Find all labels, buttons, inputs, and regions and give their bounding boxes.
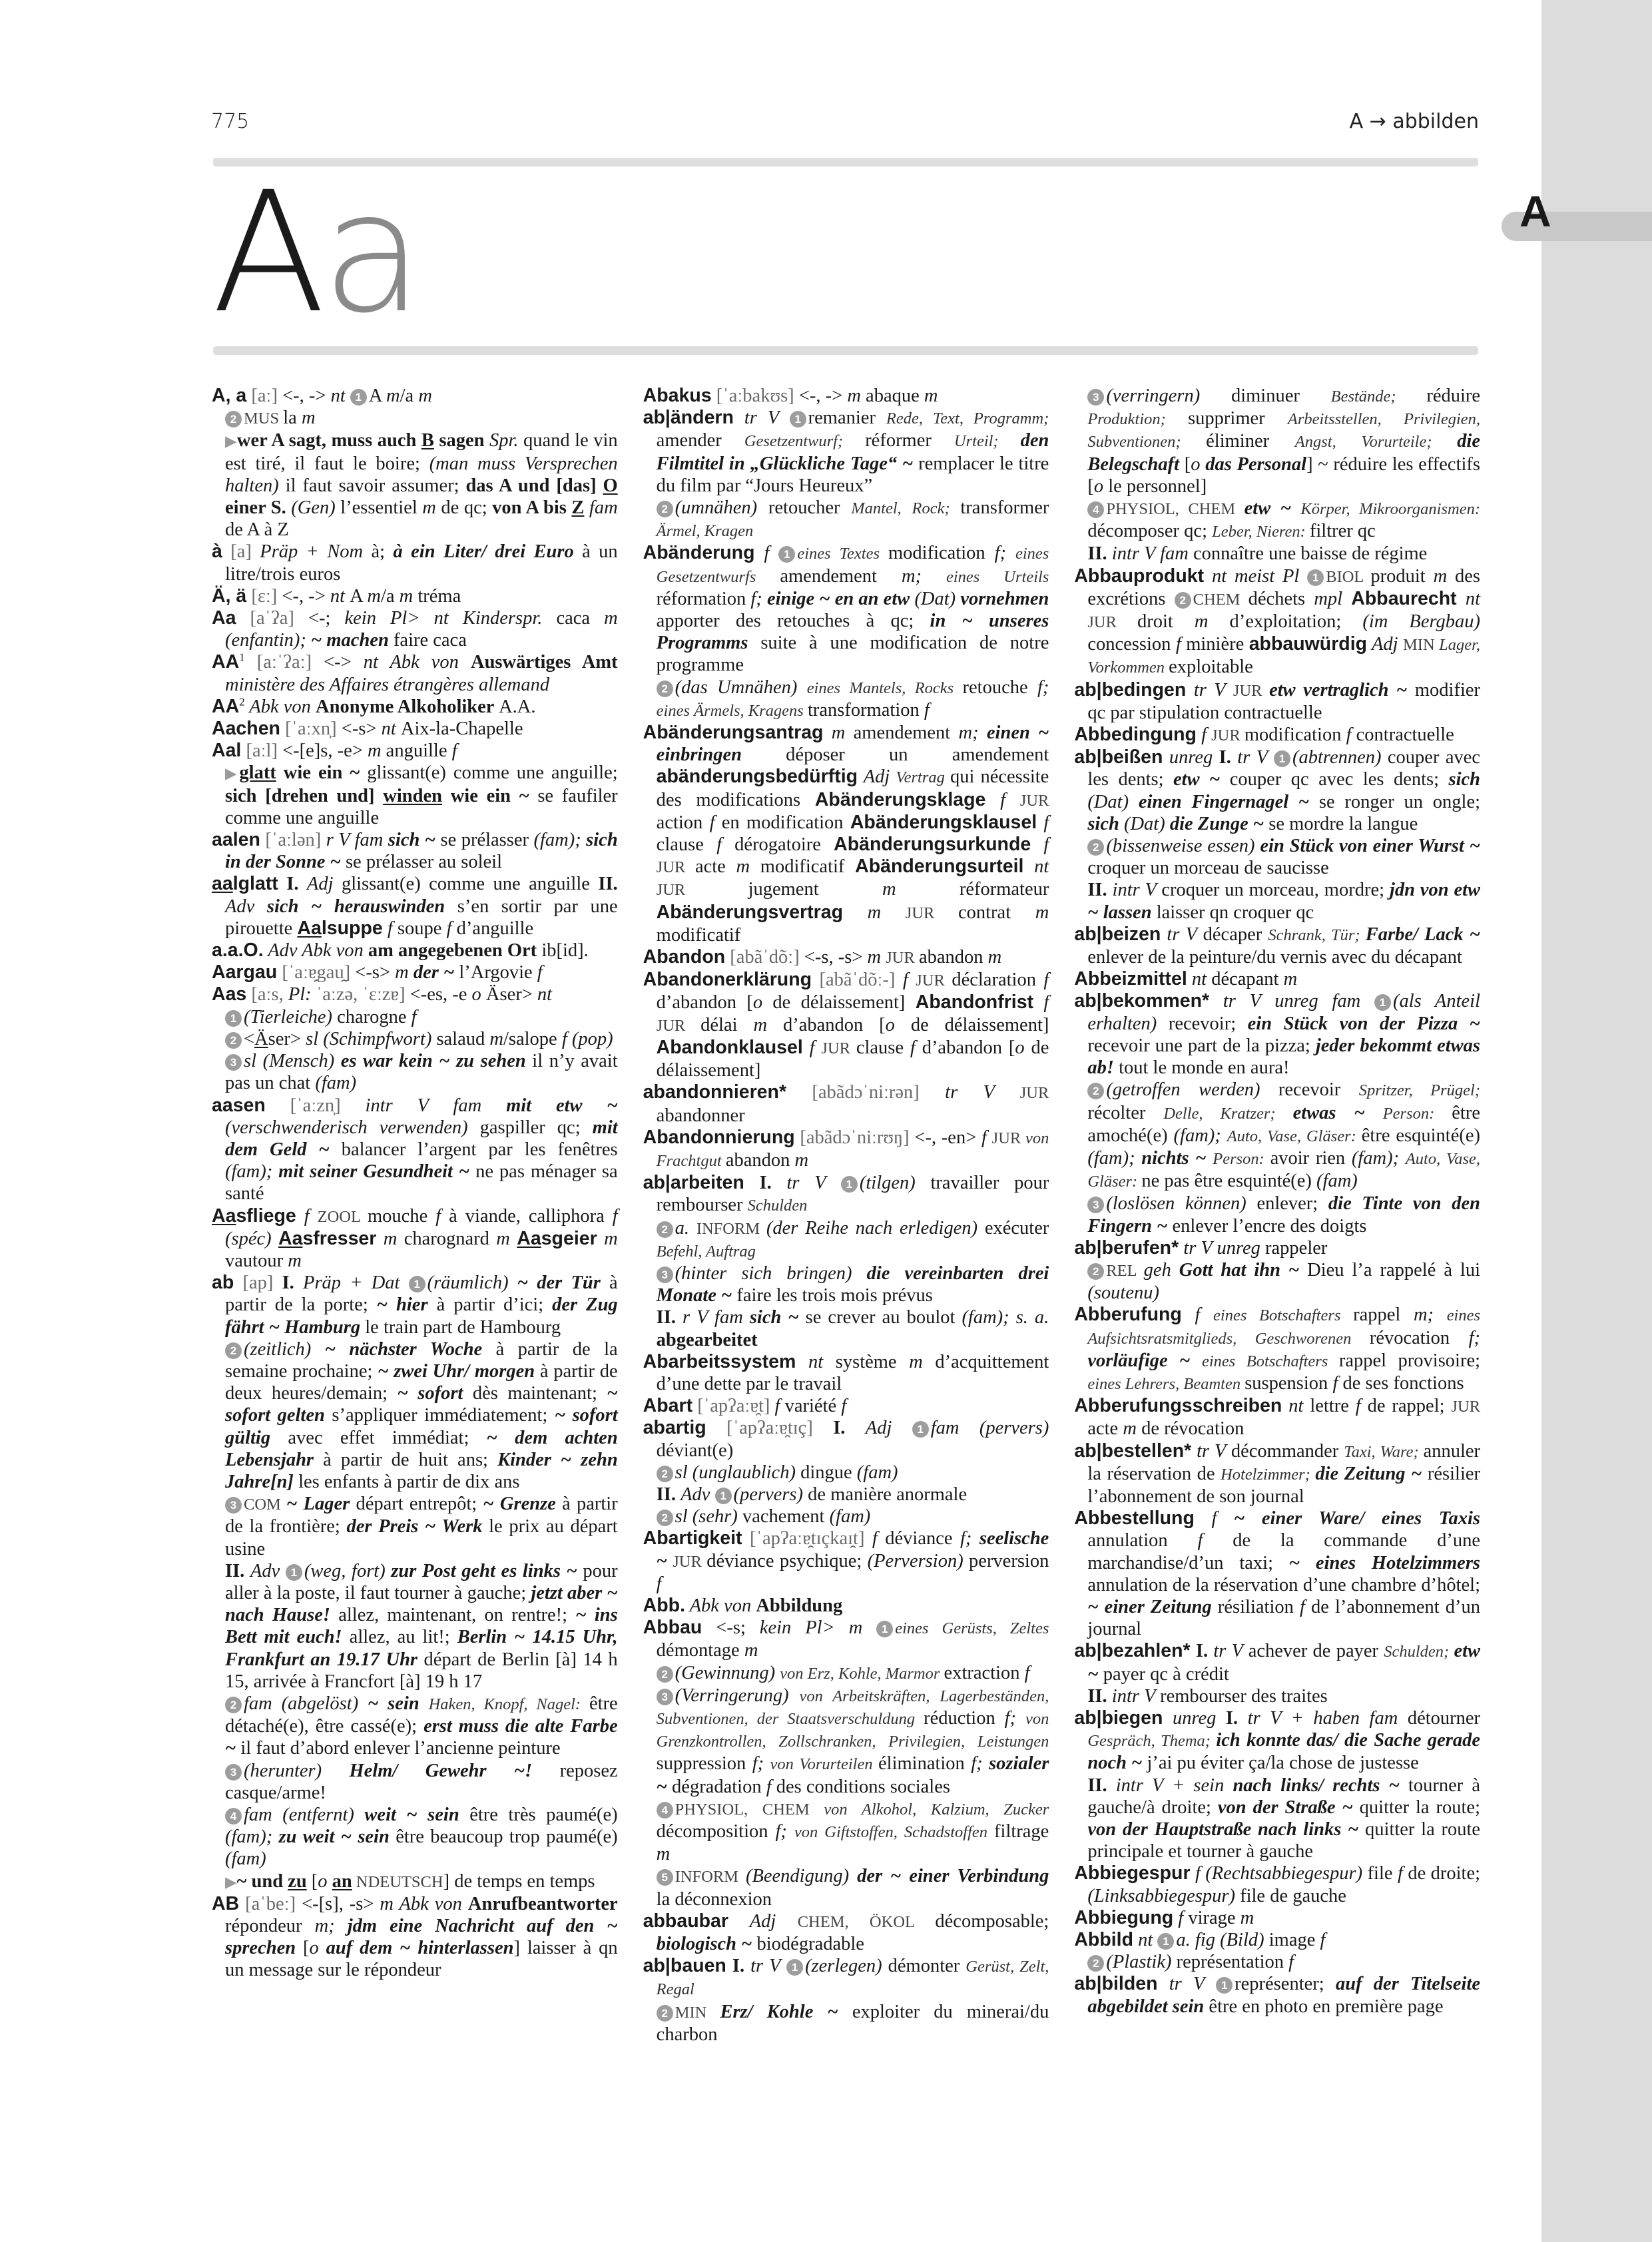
dictionary-sense: 2<Äser> sl (Schimpfwort) salaud m/salope… [212,1028,618,1050]
dictionary-sense: 5INFORM (Beendigung) der ~ einer Verbind… [643,1865,1049,1910]
entry-text: être esquinté(e) [1362,1125,1480,1146]
entry-text: I. [833,1418,866,1438]
dictionary-entry: Abberufung f eines Botschafters rappel m… [1074,1304,1480,1395]
entry-text: II. [1087,543,1111,564]
entry-text: <-> [324,652,364,673]
dictionary-entry: à [a] Präp + Nom à; à ein Liter/ drei Eu… [212,541,618,585]
entry-text: II. [598,874,617,894]
phonetic: [ɛː] [246,586,282,607]
sense-number-badge: 2 [657,681,673,697]
dictionary-sense: ▶wer A sagt, muss auch B sagen Spr. quan… [212,429,618,541]
entry-text: perversion [969,1551,1049,1571]
entry-text: laisser qn croquer qc [1157,902,1314,923]
entry-text: fam (entfernt) [244,1805,364,1825]
entry-text: I. [726,1956,750,1976]
dictionary-entry: Abbestellung f ~ einer Ware/ eines Taxis… [1074,1508,1480,1640]
entry-text: an [332,1871,352,1892]
sense-number-badge: 2 [225,1032,242,1049]
entry-text: f [775,1396,785,1416]
entry-text: Pl: [288,984,316,1005]
entry-text: il faut d’abord enlever l’ancienne peint… [240,1738,560,1759]
page-number: 775 [211,110,249,133]
entry-text: Helm/ Gewehr ~! [350,1761,560,1781]
phonetic: [a] [222,541,260,562]
entry-text: m [367,586,381,607]
entry-text: mit etw ~ [506,1095,618,1116]
dictionary-entry: ab|biegen unreg I. tr V + haben fam déto… [1074,1707,1480,1775]
entry-text: f; [752,1753,770,1774]
entry-text: [ [1185,454,1191,475]
entry-text: r V fam [683,1307,750,1328]
entry-text: amendement [780,566,902,587]
entry-text: m [657,1844,671,1864]
entry-text: f [1300,1597,1311,1617]
entry-text: tr V + haben fam [1248,1708,1408,1729]
dictionary-sense: 2sl (sehr) vachement (fam) [643,1506,1049,1528]
entry-text: f [1288,1952,1294,1972]
entry-text: tout le monde en aura! [1119,1057,1289,1078]
sense-number-badge: 2 [657,1666,673,1683]
entry-text: Erz/ Kohle ~ [720,2002,852,2022]
entry-text: m [1195,611,1230,632]
entry-text: supprimer [1188,408,1288,429]
sense-number-badge: 1 [841,1176,858,1193]
headword: Aargau [212,962,277,983]
domain-label: JUR [673,1553,706,1571]
sense-number-badge: 1 [1157,1933,1174,1950]
entry-text: sl (unglaublich) [675,1462,800,1483]
entry-text: dérogatoire [734,834,834,855]
section-letter-heading: Aa [212,166,419,340]
dictionary-sense: 4fam (entfernt) weit ~ sein être très pa… [212,1804,618,1870]
dictionary-entry: abbaubar Adj CHEM, ÖKOL décomposable; bi… [643,1910,1049,1955]
entry-text: amendement [854,722,959,743]
entry-text: m [1123,1418,1141,1439]
domain-label: JUR [657,881,748,899]
entry-text: enlever; [1256,1193,1328,1214]
entry-text: réduction [924,1708,1005,1729]
dictionary-entry: Abarbeitssystem nt système m d’acquittem… [643,1351,1049,1395]
headword: Abandonfrist [916,991,1033,1013]
entry-text: m [847,386,866,406]
dictionary-entry: Abänderungsantrag m amendement m; einen … [643,722,1049,946]
entry-text: biologisch ~ [657,1934,757,1954]
entry-text: I. [282,1272,303,1293]
headword: ab [212,1272,234,1293]
entry-text: Präp + Dat [303,1272,409,1293]
dictionary-entry: Abandonerklärung [abãˈdõː-] f JUR déclar… [643,969,1049,1081]
headword: Aa [212,1205,236,1227]
entry-text: acte [695,856,736,877]
entry-text: Auswärtiges Amt [471,652,618,673]
dictionary-entry: ab|bedingen tr V JUR etw vertraglich ~ m… [1074,679,1480,724]
entry-text: charogne [337,1007,412,1027]
entry-text: nichts ~ [1141,1148,1213,1169]
entry-text: vautour [225,1251,288,1271]
entry-text: f; [971,1753,989,1774]
entry-text: révocation [1370,1328,1469,1348]
entry-text: winden [383,786,442,806]
entry-text: B [421,430,434,451]
entry-text: wer A sagt, muss auch [237,430,421,451]
entry-text: (zerlegen) [805,1956,888,1976]
entry-text: réformateur [960,879,1049,900]
entry-text: f [1033,992,1049,1013]
entry-text: m [744,1640,758,1661]
entry-text: Adj [728,1911,798,1932]
entry-text: glissant(e) comme une anguille [342,874,598,894]
headword: Aa [517,1228,541,1249]
entry-text: f [1043,970,1049,990]
entry-text: recevoir; [1169,1013,1248,1034]
sense-number-badge: 4 [225,1808,242,1824]
entry-text: (abtrennen) [1292,747,1388,768]
entry-text: croquer un morceau, mordre; [1161,880,1390,900]
entry-text: diminuer [1231,386,1331,406]
dictionary-sense: 3(hinter sich bringen) die vereinbarten … [643,1262,1049,1306]
entry-text: f; [960,1528,979,1549]
entry-text: f [412,1007,417,1027]
headword: abbaubar [643,1910,728,1932]
entry-text: d’exploitation; [1230,611,1363,632]
entry-text: I. [1226,1708,1248,1729]
headword: sgeier [541,1228,597,1249]
dictionary-sense: II. r V fam sich ~ se crever au boulot (… [643,1306,1049,1350]
entry-text: (fam); [225,1826,279,1847]
dictionary-entry: abartig [ˈapʔaːɐ̯tɪç] I. Adj 1fam (perve… [643,1417,1049,1461]
entry-text: f; [775,1821,794,1842]
entry-text: f [981,1127,992,1148]
entry-text: zur Post geht es links ~ [391,1561,583,1581]
entry-text: (Dat) [1087,792,1138,812]
entry-text: Ärmel, Kragen [657,522,754,540]
dictionary-entry: Abart [ˈapʔaːɐ̯t] f variété f [643,1395,1049,1417]
entry-text: Abk von [245,697,316,717]
entry-text: fam (abgelöst) [244,1693,368,1714]
entry-text: remanier [808,408,886,428]
entry-text: ein Stück von der Pizza ~ [1248,1013,1480,1034]
entry-text: suppression [657,1753,752,1774]
entry-text: f; [995,543,1015,563]
dictionary-entry: Abbiegespur f (Rechtsabbiegespur) file f… [1074,1862,1480,1906]
entry-text: etw ~ [1244,498,1301,519]
dictionary-entry: Abbild nt 1a. fig (Bild) image f [1074,1929,1480,1951]
entry-text: m [395,962,413,983]
headword: Abbau [643,1617,702,1638]
entry-text: de délaissement] [911,1015,1049,1035]
idiom-triangle-icon: ▶ [225,433,237,449]
entry-text: j’ai pu éviter ça/la chose de justesse [1147,1753,1418,1773]
sense-number-badge: 4 [657,1802,673,1819]
headword: Abandonklausel [657,1037,803,1058]
entry-text: I. [1219,747,1238,768]
entry-text: transformation [808,700,924,720]
entry-text: virage [1188,1908,1240,1928]
dictionary-sense: 2a. INFORM (der Reihe nach erledigen) ex… [643,1217,1049,1262]
entry-text: m [368,740,386,761]
entry-text: <-, -> [282,386,331,406]
dictionary-entry: ab|bestellen* tr V décommander Taxi, War… [1074,1440,1480,1508]
domain-label: INFORM [696,1220,766,1238]
entry-text: démontage [657,1640,744,1661]
entry-text: rappel provisoire; [1339,1350,1480,1371]
entry-text: lettre [1310,1396,1355,1416]
dictionary-sense: 2(Gewinnung) von Erz, Kohle, Marmor extr… [643,1662,1049,1685]
entry-text: m [376,1229,404,1249]
entry-text: f [903,970,916,990]
entry-text: produit [1370,566,1433,587]
entry-text: von Alkohol, Kalzium, Zucker [824,1801,1049,1819]
entry-text: d’abandon [ [783,1015,886,1035]
dictionary-entry: Aachen [ˈaːxn̩] <-s> nt Aix-la-Chapelle [212,718,618,740]
entry-text: sl (Mensch) [244,1051,341,1071]
entry-text: l’essentiel [340,497,422,518]
entry-text: f [803,1037,822,1058]
entry-text: (Dat) [914,589,960,609]
entry-text: suspension [1244,1373,1332,1394]
entry-text: o [318,1871,332,1892]
domain-label: JUR [906,904,958,922]
entry-text: o [753,992,773,1013]
domain-label: PHYSIOL, CHEM [1106,500,1244,518]
sense-number-badge: 2 [1087,1083,1104,1099]
phonetic: [ˈaːɐ̯gau̯] [277,962,355,983]
entry-text: filtrage [994,1821,1049,1842]
entry-text: vornehmen [960,589,1049,609]
entry-text: II. [225,1561,250,1581]
entry-text: déviance [885,1528,960,1549]
entry-text: Dieu l’a rappelé à lui [1307,1260,1480,1280]
entry-text: contrat [958,902,1035,923]
entry-text: m [1035,902,1049,923]
entry-text: recevoir [1278,1079,1359,1100]
headword: ab|beizen [1074,924,1161,945]
entry-text: tréma [417,586,461,607]
headword: ab|arbeiten [643,1172,744,1193]
entry-text: les enfants à partir de dix ans [298,1472,519,1492]
entry-text: Person: [1213,1150,1270,1168]
entry-text: I. [1191,1641,1214,1661]
entry-text: m [924,386,938,406]
entry-text: m [823,722,853,743]
dictionary-entry: Abbau <-s; kein Pl> m 1eines Gerüsts, Ze… [643,1617,1049,1661]
entry-text: minière [1186,634,1249,655]
entry-text: m Abk von [380,1894,467,1914]
sense-number-badge: 2 [657,2005,673,2022]
entry-text: ~ und [237,1871,288,1892]
domain-label: JUR [916,972,952,989]
dictionary-sense: 2fam (abgelöst) ~ sein Haken, Knopf, Nag… [212,1693,618,1760]
entry-text: ~ hier [377,1294,437,1315]
entry-text: f [924,700,930,720]
domain-label: JUR [1233,682,1269,700]
dictionary-entry: ab|arbeiten I. tr V 1(tilgen) travailler… [643,1172,1049,1217]
headword: Abakus [643,385,712,406]
sense-number-badge: 3 [225,1497,242,1514]
entry-text: sich [1087,814,1124,834]
entry-text: <-; [308,608,345,629]
entry-text: nt Abk von [364,652,471,673]
entry-text: Adv [681,1484,714,1505]
entry-text: f [910,1037,922,1058]
sense-number-badge: 1 [1274,750,1290,767]
entry-text: nt [1457,589,1480,609]
sense-number-badge: 1 [286,1564,302,1581]
dictionary-entry: AA1 [aːˈʔaː] <-> nt Abk von Auswärtiges … [212,651,618,695]
entry-text: Abk von [685,1595,756,1616]
entry-text: m [597,1229,618,1249]
entry-text: détourner [1408,1708,1480,1729]
entry-text: Rede, Text, Programm; [886,410,1049,427]
entry-text: f [383,918,398,939]
entry-text: nt [382,718,401,739]
entry-text: f [1025,1663,1030,1683]
entry-text: <-, -> [799,386,848,406]
entry-text: tr V [750,1956,786,1976]
entry-text: Adv [250,1561,286,1581]
entry-text: contractuelle [1356,724,1454,745]
entry-text: f [1346,724,1356,745]
domain-label: JUR [1087,613,1137,631]
entry-text: m [736,856,760,877]
phonetic: [ˈapʔaːɐ̯t] [692,1396,774,1416]
entry-text: annulation [1087,1530,1197,1551]
entry-text: A.A. [499,697,535,717]
entry-text: geh [1144,1260,1179,1280]
entry-text: f [1182,1304,1213,1325]
entry-text: eines Textes [797,545,888,563]
domain-label: JUR [657,858,695,876]
entry-text: faire caca [394,630,467,651]
entry-text: réformer [865,430,954,451]
entry-text: f [872,1528,885,1549]
entry-text: Farbe/ Lack ~ [1366,924,1480,945]
headword: aalen [212,829,260,850]
entry-text: de manière anormale [808,1484,967,1505]
entry-text: sl (Schimpfwort) [306,1029,436,1049]
headword: Abb. [643,1595,685,1616]
entry-text: f [755,543,779,563]
entry-text: de A à Z [225,519,289,540]
entry-text: l’Argovie [459,962,537,983]
domain-label: JUR [1451,1398,1480,1416]
entry-text: tr V [945,1082,1020,1103]
entry-text: il faut savoir assumer; [286,475,466,496]
entry-text: mouche [368,1206,435,1227]
headword: Abberufung [1074,1304,1181,1325]
entry-text: <-[s], -s> [302,1894,380,1914]
entry-text: (weg, fort) [304,1561,391,1581]
entry-text: m [489,1029,503,1049]
entry-text: Adj [1367,634,1403,655]
entry-text: (Gewinnung) [675,1663,780,1683]
entry-text: (fam); [533,830,586,850]
entry-text: Adv [225,896,267,917]
entry-text: extraction [944,1663,1025,1683]
entry-text: Aix-la-Chapelle [401,718,523,739]
entry-text: f [841,1396,846,1416]
headword: Abänderungsurkunde [834,834,1031,855]
entry-text: représenter; [1235,1974,1336,1994]
headword: ab|bezahlen* [1074,1640,1190,1661]
phonetic: [aːˈʔaː] [245,652,324,673]
entry-text: connaître une baisse de régime [1193,543,1427,564]
entry-text: die Zunge ~ [1170,814,1268,834]
entry-text: de droite; [1408,1863,1480,1884]
sense-number-badge: 1 [1307,569,1324,586]
headword: a.a.O. [212,940,264,961]
dictionary-entry: abandonnieren* [abãdɔˈniːrən] tr V JUR a… [643,1081,1049,1126]
entry-text: retoucher [768,497,851,518]
entry-text: f [452,740,457,761]
entry-text: a. fig (Bild) [1176,1930,1268,1950]
entry-text: décomposer qc; [1087,521,1212,541]
entry-text: allez, au lit!; [350,1627,457,1647]
entry-text: f [1197,724,1211,745]
entry-text: II. [657,1484,681,1505]
domain-label: JUR [992,1129,1025,1147]
entry-text: se prélasser au soleil [346,852,502,872]
entry-text: auf dem ~ hinterlassen [326,1938,514,1958]
domain-label: JUR [1211,726,1244,744]
headword: lsuppe [322,918,383,939]
entry-text: ser> [268,1029,306,1049]
domain-label: NDEUTSCH [352,1873,443,1891]
entry-text: f [447,918,457,939]
entry-text: <-, -en> [914,1127,981,1148]
running-head: A → abbilden [1350,110,1479,133]
headword: Abartigkeit [643,1528,742,1549]
entry-text: nt [796,1352,835,1372]
entry-text: A [369,386,386,406]
entry-text: en modification [722,812,850,833]
entry-text: der ~ [413,962,459,983]
dictionary-columns: A, a [aː] <-, -> nt 1A m/a m2MUS la m▶we… [212,385,1480,2046]
entry-text: Taxi, Ware; [1344,1443,1423,1461]
headword: ab|biegen [1074,1707,1163,1729]
entry-text: de qc; [441,497,492,518]
entry-text: ~ der Tür [517,1272,609,1293]
entry-text: f [985,790,1019,810]
entry-text: file de gauche [1240,1886,1346,1906]
entry-text: (Beendigung) [746,1866,857,1886]
entry-text: I. [278,874,307,894]
phonetic: [aˈʔa] [236,608,308,629]
entry-text: Spritzer, Prügel; [1359,1081,1480,1099]
entry-text: décomposable; [935,1911,1049,1932]
headword: Abandon [643,946,725,968]
entry-text: Delle, Kratzer; [1163,1105,1292,1123]
entry-text: <-s> [355,962,395,983]
domain-label: PHYSIOL, CHEM [675,1801,824,1819]
entry-text: le train part de Hambourg [365,1317,561,1338]
dictionary-sense: 2(zeitlich) ~ nächster Woche à partir de… [212,1338,618,1493]
entry-text: allez, maintenant, on rentre!; [338,1605,575,1625]
entry-text: le personnel] [1108,476,1207,497]
sense-number-badge: 2 [225,1697,242,1713]
entry-text: einige ~ en an etw [767,589,914,609]
entry-text: (fam); s. a. [962,1307,1049,1328]
entry-text: exécuter [985,1218,1049,1239]
dictionary-entry: Ä, ä [ɛː] <-, -> nt A m/a m tréma [212,585,618,607]
entry-text: f; [1005,1708,1025,1729]
entry-text: (pervers) [734,1484,808,1505]
entry-text: salaud [436,1029,489,1049]
entry-text: décommander [1231,1441,1344,1462]
homograph-number: 2 [239,695,245,708]
domain-label: JUR [1020,1084,1049,1102]
headword: Abänderungsklausel [850,812,1037,833]
